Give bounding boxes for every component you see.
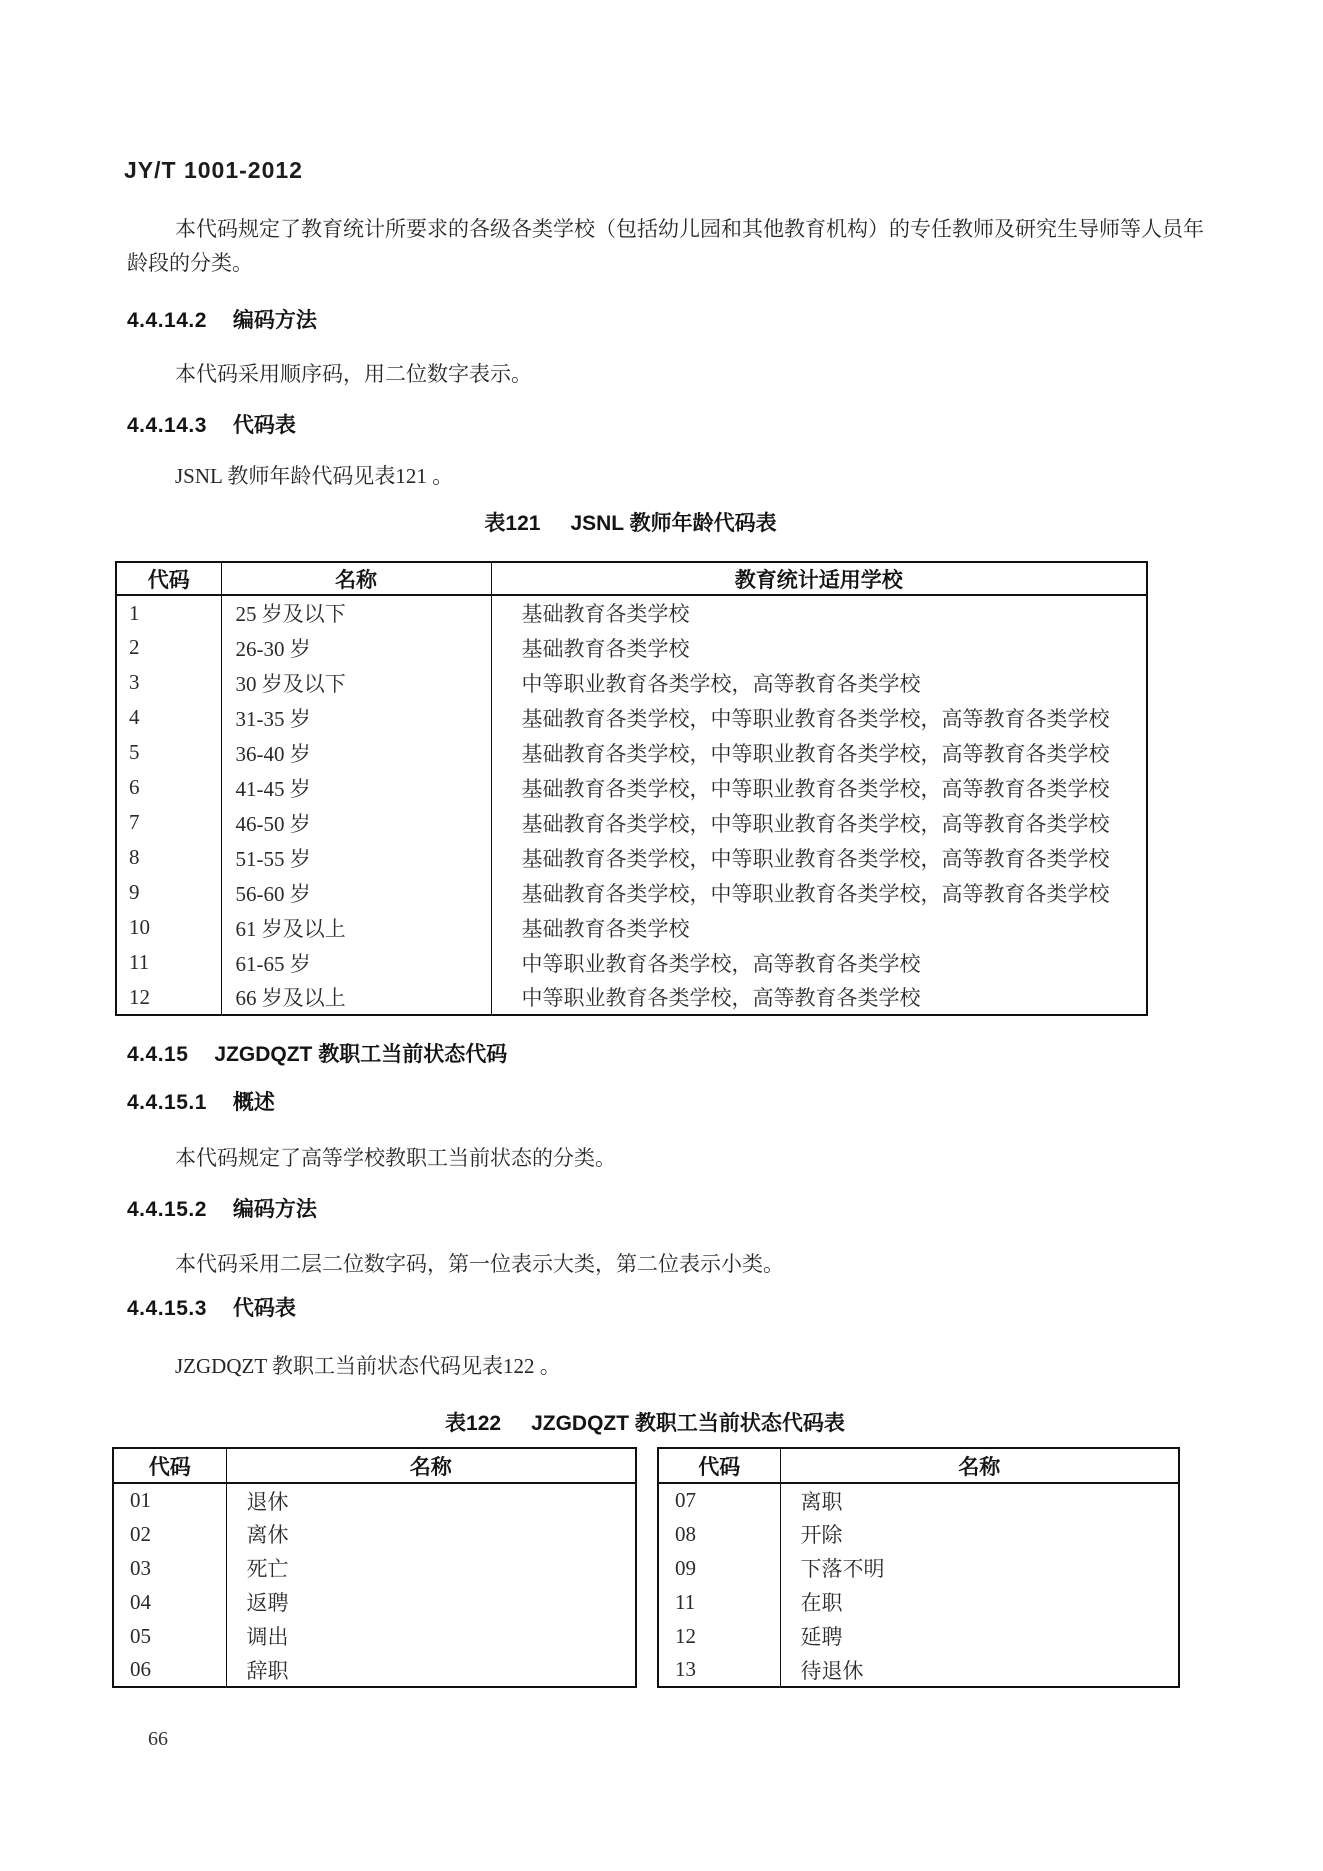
cell-name: 30 岁及以下 (221, 665, 491, 700)
cell-name: 死亡 (226, 1551, 636, 1585)
paragraph-encoding-method-2: 本代码采用二层二位数字码，第一位表示大类，第二位表示小类。 (127, 1247, 1217, 1281)
column-header-name: 名称 (221, 562, 491, 595)
cell-code: 12 (658, 1619, 780, 1653)
table-row: 04 返聘 (113, 1585, 636, 1619)
table-row: 5 36-40 岁 基础教育各类学校，中等职业教育各类学校，高等教育各类学校 (116, 735, 1147, 770)
document-page: JY/T 1001-2012 本代码规定了教育统计所要求的各级各类学校（包括幼儿… (0, 0, 1323, 1871)
table-row: 6 41-45 岁 基础教育各类学校，中等职业教育各类学校，高等教育各类学校 (116, 770, 1147, 805)
table-row: 8 51-55 岁 基础教育各类学校，中等职业教育各类学校，高等教育各类学校 (116, 840, 1147, 875)
doc-code: JY/T 1001-2012 (124, 157, 303, 184)
heading-4-4-15-2: 4.4.15.2编码方法 (127, 1193, 317, 1223)
cell-school: 基础教育各类学校 (491, 630, 1147, 665)
table-row: 08 开除 (658, 1517, 1179, 1551)
column-header-code: 代码 (113, 1448, 226, 1483)
table-row: 11 在职 (658, 1585, 1179, 1619)
cell-code: 12 (116, 980, 221, 1015)
table-row: 9 56-60 岁 基础教育各类学校，中等职业教育各类学校，高等教育各类学校 (116, 875, 1147, 910)
cell-school: 基础教育各类学校 (491, 910, 1147, 945)
heading-number: 4.4.14.3 (127, 414, 207, 437)
cell-name: 56-60 岁 (221, 875, 491, 910)
heading-number: 4.4.14.2 (127, 309, 207, 332)
cell-code: 08 (658, 1517, 780, 1551)
heading-title: JZGDQZT 教职工当前状态代码 (214, 1043, 507, 1066)
cell-name: 开除 (780, 1517, 1179, 1551)
cell-school: 中等职业教育各类学校，高等教育各类学校 (491, 980, 1147, 1015)
paragraph-overview: 本代码规定了高等学校教职工当前状态的分类。 (127, 1141, 1217, 1175)
cell-name: 36-40 岁 (221, 735, 491, 770)
cell-school: 中等职业教育各类学校，高等教育各类学校 (491, 665, 1147, 700)
cell-code: 3 (116, 665, 221, 700)
paragraph-encoding-method-1: 本代码采用顺序码，用二位数字表示。 (127, 357, 1217, 391)
column-header-name: 名称 (780, 1448, 1179, 1483)
cell-name: 25 岁及以下 (221, 595, 491, 630)
heading-number: 4.4.15.1 (127, 1091, 207, 1114)
cell-code: 9 (116, 875, 221, 910)
heading-4-4-14-3: 4.4.14.3代码表 (127, 409, 296, 439)
heading-title: 编码方法 (233, 309, 317, 332)
caption-number: 表121 (484, 512, 540, 535)
heading-title: 代码表 (233, 414, 296, 437)
table-row: 10 61 岁及以上 基础教育各类学校 (116, 910, 1147, 945)
cell-code: 7 (116, 805, 221, 840)
page-number: 66 (148, 1728, 168, 1751)
cell-name: 31-35 岁 (221, 700, 491, 735)
cell-code: 11 (658, 1585, 780, 1619)
table-122-right: 代码 名称 07 离职 08 开除 09 下落不明 11 在职 12 (657, 1447, 1180, 1688)
cell-name: 延聘 (780, 1619, 1179, 1653)
column-header-name: 名称 (226, 1448, 636, 1483)
table-row: 03 死亡 (113, 1551, 636, 1585)
heading-title: 编码方法 (233, 1198, 317, 1221)
cell-name: 26-30 岁 (221, 630, 491, 665)
cell-name: 在职 (780, 1585, 1179, 1619)
table-row: 11 61-65 岁 中等职业教育各类学校，高等教育各类学校 (116, 945, 1147, 980)
heading-4-4-15-1: 4.4.15.1概述 (127, 1086, 275, 1116)
cell-code: 02 (113, 1517, 226, 1551)
table-row: 1 25 岁及以下 基础教育各类学校 (116, 595, 1147, 630)
cell-name: 返聘 (226, 1585, 636, 1619)
column-header-code: 代码 (116, 562, 221, 595)
paragraph-table122-ref: JZGDQZT 教职工当前状态代码见表122 。 (127, 1349, 1217, 1383)
cell-name: 调出 (226, 1619, 636, 1653)
cell-code: 1 (116, 595, 221, 630)
table-row: 07 离职 (658, 1483, 1179, 1517)
cell-name: 离休 (226, 1517, 636, 1551)
cell-name: 退休 (226, 1483, 636, 1517)
column-header-code: 代码 (658, 1448, 780, 1483)
cell-name: 41-45 岁 (221, 770, 491, 805)
cell-name: 离职 (780, 1483, 1179, 1517)
cell-name: 辞职 (226, 1653, 636, 1687)
table-row: 2 26-30 岁 基础教育各类学校 (116, 630, 1147, 665)
table-row: 12 66 岁及以上 中等职业教育各类学校，高等教育各类学校 (116, 980, 1147, 1015)
table-row: 02 离休 (113, 1517, 636, 1551)
cell-code: 2 (116, 630, 221, 665)
cell-school: 中等职业教育各类学校，高等教育各类学校 (491, 945, 1147, 980)
cell-code: 07 (658, 1483, 780, 1517)
intro-paragraph: 本代码规定了教育统计所要求的各级各类学校（包括幼儿园和其他教育机构）的专任教师及… (127, 212, 1217, 280)
cell-code: 04 (113, 1585, 226, 1619)
cell-code: 01 (113, 1483, 226, 1517)
heading-title: 代码表 (233, 1297, 296, 1320)
table-121-caption: 表121JSNL 教师年龄代码表 (115, 507, 1146, 537)
cell-code: 5 (116, 735, 221, 770)
table-header-row: 代码 名称 (113, 1448, 636, 1483)
cell-code: 05 (113, 1619, 226, 1653)
cell-name: 61 岁及以上 (221, 910, 491, 945)
table-121: 代码 名称 教育统计适用学校 1 25 岁及以下 基础教育各类学校 2 26-3… (115, 561, 1148, 1016)
cell-school: 基础教育各类学校，中等职业教育各类学校，高等教育各类学校 (491, 735, 1147, 770)
cell-name: 66 岁及以上 (221, 980, 491, 1015)
cell-code: 06 (113, 1653, 226, 1687)
table-row: 4 31-35 岁 基础教育各类学校，中等职业教育各类学校，高等教育各类学校 (116, 700, 1147, 735)
heading-4-4-15-3: 4.4.15.3代码表 (127, 1292, 296, 1322)
cell-school: 基础教育各类学校，中等职业教育各类学校，高等教育各类学校 (491, 770, 1147, 805)
table-122-caption: 表122JZGDQZT 教职工当前状态代码表 (112, 1407, 1178, 1437)
cell-code: 8 (116, 840, 221, 875)
table-row: 13 待退休 (658, 1653, 1179, 1687)
heading-title: 概述 (233, 1091, 275, 1114)
table-row: 06 辞职 (113, 1653, 636, 1687)
table-row: 05 调出 (113, 1619, 636, 1653)
cell-name: 61-65 岁 (221, 945, 491, 980)
cell-code: 6 (116, 770, 221, 805)
cell-code: 11 (116, 945, 221, 980)
table-row: 12 延聘 (658, 1619, 1179, 1653)
caption-title: JZGDQZT 教职工当前状态代码表 (531, 1412, 845, 1435)
caption-title: JSNL 教师年龄代码表 (570, 512, 776, 535)
heading-number: 4.4.15.2 (127, 1198, 207, 1221)
column-header-school: 教育统计适用学校 (491, 562, 1147, 595)
cell-school: 基础教育各类学校 (491, 595, 1147, 630)
table-row: 7 46-50 岁 基础教育各类学校，中等职业教育各类学校，高等教育各类学校 (116, 805, 1147, 840)
heading-4-4-15: 4.4.15JZGDQZT 教职工当前状态代码 (127, 1038, 507, 1068)
cell-school: 基础教育各类学校，中等职业教育各类学校，高等教育各类学校 (491, 805, 1147, 840)
table-row: 3 30 岁及以下 中等职业教育各类学校，高等教育各类学校 (116, 665, 1147, 700)
cell-code: 4 (116, 700, 221, 735)
table-row: 01 退休 (113, 1483, 636, 1517)
heading-4-4-14-2: 4.4.14.2编码方法 (127, 304, 317, 334)
cell-code: 10 (116, 910, 221, 945)
cell-name: 46-50 岁 (221, 805, 491, 840)
table-row: 09 下落不明 (658, 1551, 1179, 1585)
cell-name: 待退休 (780, 1653, 1179, 1687)
paragraph-table121-ref: JSNL 教师年龄代码见表121 。 (127, 459, 1217, 493)
table-header-row: 代码 名称 (658, 1448, 1179, 1483)
cell-code: 03 (113, 1551, 226, 1585)
cell-school: 基础教育各类学校，中等职业教育各类学校，高等教育各类学校 (491, 700, 1147, 735)
cell-name: 51-55 岁 (221, 840, 491, 875)
cell-name: 下落不明 (780, 1551, 1179, 1585)
table-header-row: 代码 名称 教育统计适用学校 (116, 562, 1147, 595)
cell-school: 基础教育各类学校，中等职业教育各类学校，高等教育各类学校 (491, 840, 1147, 875)
cell-code: 13 (658, 1653, 780, 1687)
caption-number: 表122 (445, 1412, 501, 1435)
table-122-left: 代码 名称 01 退休 02 离休 03 死亡 04 返聘 05 (112, 1447, 637, 1688)
heading-number: 4.4.15.3 (127, 1297, 207, 1320)
heading-number: 4.4.15 (127, 1043, 188, 1066)
cell-code: 09 (658, 1551, 780, 1585)
cell-school: 基础教育各类学校，中等职业教育各类学校，高等教育各类学校 (491, 875, 1147, 910)
